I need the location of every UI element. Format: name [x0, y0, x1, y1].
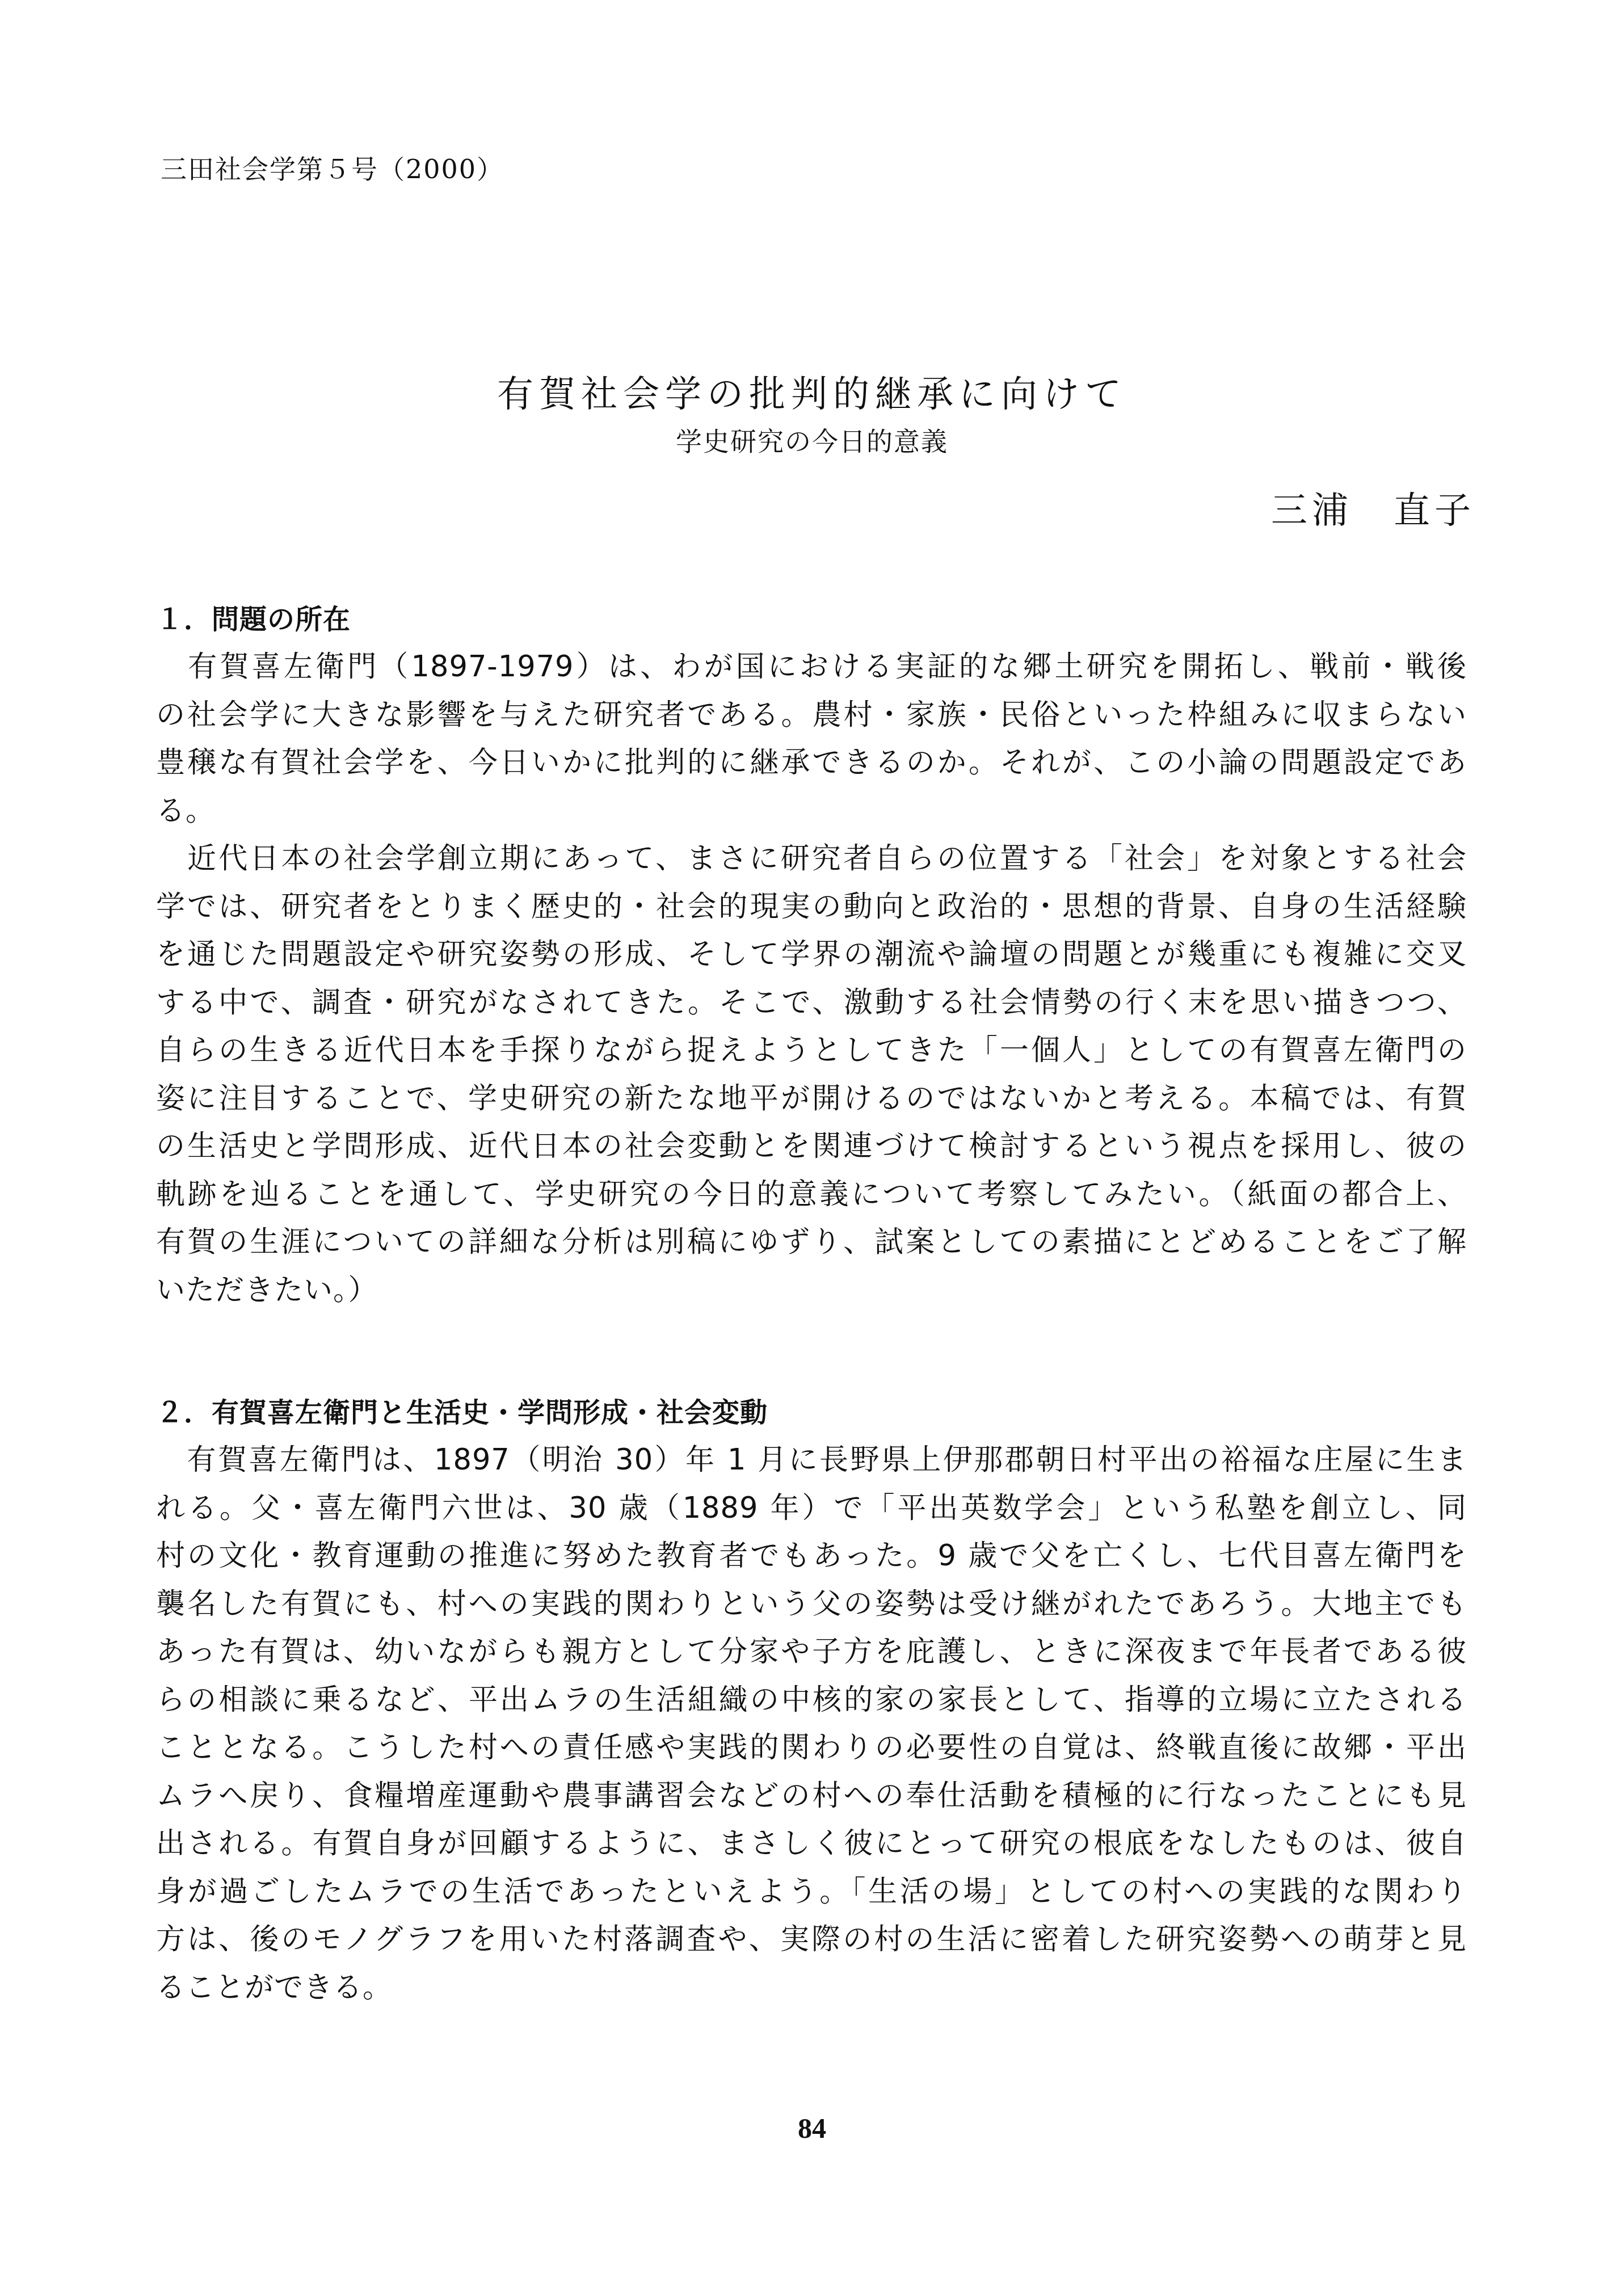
text-line: あった有賀は、幼いながらも親方として分家や子方を庇護し、ときに深夜まで年長者であ…: [156, 1628, 1467, 1677]
article-subtitle: 学史研究の今日的意義: [0, 421, 1624, 458]
text-line: 近代日本の社会学創立期にあって、まさに研究者自らの位置する「社会」を対象とする社…: [156, 835, 1467, 883]
text-line: いただきたい。）: [156, 1267, 1467, 1315]
text-line: 出される。有賀自身が回顧するように、まさしく彼にとって研究の根底をなしたものは、…: [156, 1820, 1467, 1868]
text-line: ることができる。: [156, 1964, 1467, 2012]
text-line: する中で、調査・研究がなされてきた。そこで、激動する社会情勢の行く末を思い描きつ…: [156, 979, 1467, 1028]
text-line: 自らの生きる近代日本を手探りながら捉えようとしてきた「一個人」としての有賀喜左衛…: [156, 1027, 1467, 1075]
text-line: の生活史と学問形成、近代日本の社会変動とを関連づけて検討するという視点を採用し、…: [156, 1123, 1467, 1171]
text-line: を通じた問題設定や研究姿勢の形成、そして学界の潮流や論壇の問題とが幾重にも複雑に…: [156, 931, 1467, 979]
author-name: 三浦 直子: [1271, 481, 1475, 533]
text-line: 姿に注目することで、学史研究の新たな地平が開けるのではないかと考える。本稿では、…: [156, 1075, 1467, 1123]
paragraph: 近代日本の社会学創立期にあって、まさに研究者自らの位置する「社会」を対象とする社…: [156, 835, 1467, 1315]
text-line: ムラへ戻り、食糧増産運動や農事講習会などの村への奉仕活動を積極的に行なったことに…: [156, 1772, 1467, 1821]
text-line: 村の文化・教育運動の推進に努めた教育者でもあった。9 歳で父を亡くし、七代目喜左…: [156, 1532, 1467, 1581]
text-line: の社会学に大きな影響を与えた研究者である。農村・家族・民俗といった枠組みに収まら…: [156, 692, 1467, 740]
text-line: る。: [156, 788, 1467, 836]
text-line: らの相談に乗るなど、平出ムラの生活組織の中核的家の家長として、指導的立場に立たさ…: [156, 1677, 1467, 1725]
paragraph: 有賀喜左衛門は、1897（明治 30）年 1 月に長野県上伊那郡朝日村平出の裕福…: [156, 1437, 1467, 2012]
text-line: 有賀喜左衛門（1897-1979）は、わが国における実証的な郷土研究を開拓し、戦…: [156, 643, 1467, 692]
text-line: 学では、研究者をとりまく歴史的・社会的現実の動向と政治的・思想的背景、自身の生活…: [156, 883, 1467, 932]
section-heading: １．問題の所在: [156, 596, 1467, 643]
text-line: 身が過ごしたムラでの生活であったといえよう。「生活の場」としての村への実践的な関…: [156, 1868, 1467, 1917]
journal-header: 三田社会学第５号（2000）: [161, 149, 504, 186]
article-title: 有賀社会学の批判的継承に向けて: [0, 365, 1624, 417]
paragraph: 有賀喜左衛門（1897-1979）は、わが国における実証的な郷土研究を開拓し、戦…: [156, 643, 1467, 835]
section-heading: ２．有賀喜左衛門と生活史・学問形成・社会変動: [156, 1389, 1467, 1437]
text-line: 有賀喜左衛門は、1897（明治 30）年 1 月に長野県上伊那郡朝日村平出の裕福…: [156, 1437, 1467, 1485]
section-1: １．問題の所在 有賀喜左衛門（1897-1979）は、わが国における実証的な郷土…: [156, 596, 1467, 1315]
page-number: 84: [0, 2112, 1624, 2145]
text-line: 襲名した有賀にも、村への実践的関わりという父の姿勢は受け継がれたであろう。大地主…: [156, 1581, 1467, 1629]
text-line: 軌跡を辿ることを通して、学史研究の今日的意義について考察してみたい。（紙面の都合…: [156, 1171, 1467, 1219]
text-line: こととなる。こうした村への責任感や実践的関わりの必要性の自覚は、終戦直後に故郷・…: [156, 1724, 1467, 1772]
section-2: ２．有賀喜左衛門と生活史・学問形成・社会変動 有賀喜左衛門は、1897（明治 3…: [156, 1389, 1467, 2012]
text-line: 有賀の生涯についての詳細な分析は別稿にゆずり、試案としての素描にとどめることをご…: [156, 1219, 1467, 1267]
text-line: れる。父・喜左衛門六世は、30 歳（1889 年）で「平出英数学会」という私塾を…: [156, 1485, 1467, 1533]
text-line: 豊穣な有賀社会学を、今日いかに批判的に継承できるのか。それが、この小論の問題設定…: [156, 739, 1467, 788]
text-line: 方は、後のモノグラフを用いた村落調査や、実際の村の生活に密着した研究姿勢への萌芽…: [156, 1916, 1467, 1964]
